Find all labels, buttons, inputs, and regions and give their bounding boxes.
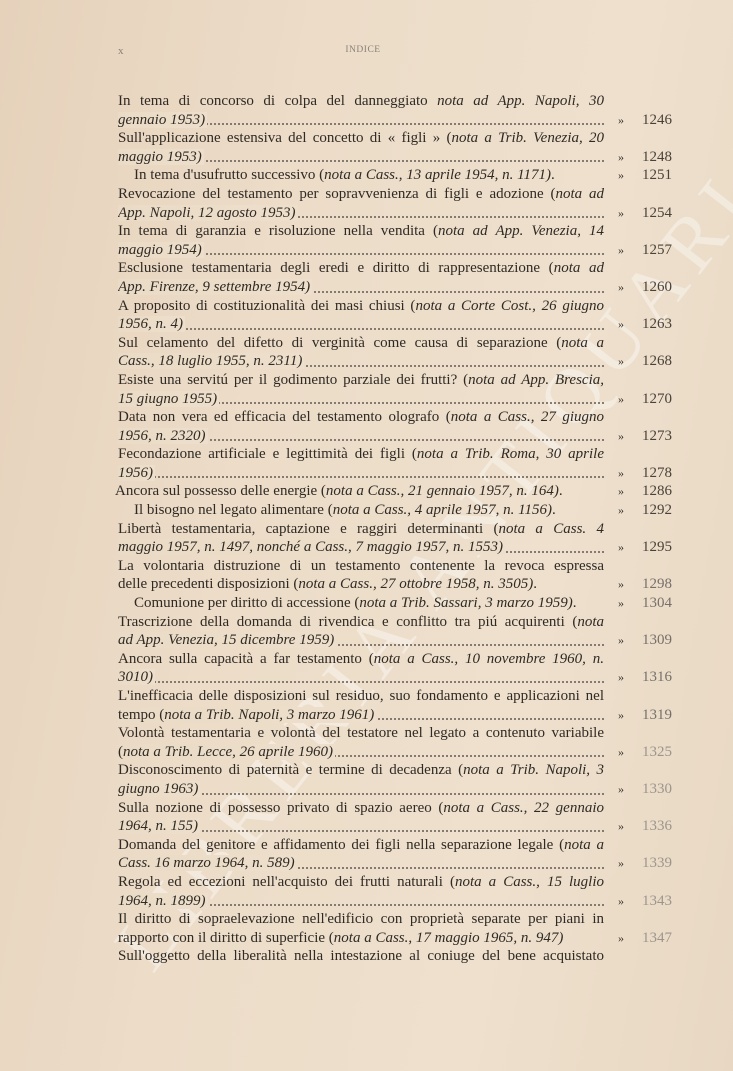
page-reference[interactable]: »1304 [618,594,698,613]
entry-title-line: Data non vera ed efficacia del testament… [118,408,604,427]
entry-title-text: Sull'oggetto della liberalità nella inte… [118,948,604,964]
page-reference[interactable]: »1343 [618,892,698,911]
guillemet: » [618,854,642,873]
page-number-ref: 1292 [642,502,672,518]
entry-leader-line: 1964, n. 155) [118,817,604,836]
guillemet: » [618,631,642,650]
entry-citation: nota a Cass., 27 ottobre 1958, n. 3505) [298,576,533,592]
entry-leader-line: 1956, n. 2320) [118,427,604,446]
entry-citation: nota a Trib. Napoli, 3 marzo 1961) [164,707,374,723]
running-title: INDICE [345,45,380,55]
page-number-ref: 1343 [642,893,672,909]
toc-entry[interactable]: Esiste una servitú per il godimento parz… [118,371,698,408]
entry-text: gennaio 1953) [118,112,207,128]
entry-citation: Cass. 16 marzo 1964, n. 589) [118,855,295,871]
page-number-ref: 1325 [642,744,672,760]
entry-citation: nota a Cass., 10 novembre 1960, n. [374,651,604,667]
entry-title-text: In tema di concorso di colpa del dannegg… [118,93,437,109]
toc-entry[interactable]: Il bisogno nel legato alimentare (nota a… [118,501,698,520]
entry-title-text: . [533,576,537,592]
guillemet: » [618,278,642,297]
page-number-ref: 1278 [642,465,672,481]
entry-text: 1956, n. 2320) [118,428,208,444]
entry-title-text: . [559,483,563,499]
entry-text: giugno 1963) [118,781,200,797]
entry-leader-line: tempo (nota a Trib. Napoli, 3 marzo 1961… [118,706,604,725]
toc-entry[interactable]: Ancora sul possesso delle energie (nota … [118,482,698,501]
entry-title-text: Sul celamento del difetto di verginità c… [118,335,561,351]
guillemet: » [618,390,642,409]
entry-leader-line: 15 giugno 1955) [118,390,604,409]
guillemet: » [618,148,642,167]
entry-title-text: Il bisogno nel legato alimentare ( [134,502,333,518]
page-number-ref: 1257 [642,242,672,258]
page-reference[interactable]: »1319 [618,706,698,725]
toc-entry[interactable]: Data non vera ed efficacia del testament… [118,408,698,445]
entry-title-text: In tema d'usufrutto successivo ( [134,167,324,183]
page-number-ref: 1286 [642,483,672,499]
entry-citation: nota ad [554,260,604,276]
page-number-ref: 1248 [642,149,672,165]
entry-title-text: Libertà testamentaria, captazione e ragg… [118,521,498,537]
entry-title-line: Comunione per diritto di accessione (not… [118,594,604,613]
entry-citation: App. Firenze, 9 settembre 1954) [118,279,310,295]
guillemet: » [618,892,642,911]
entry-citation: nota a Cass., 4 aprile 1957, n. 1156) [333,502,552,518]
entry-citation: nota a Cass., 21 gennaio 1957, n. 164) [326,483,559,499]
entry-text: Cass., 18 luglio 1955, n. 2311) [118,353,304,369]
entry-citation: 15 giugno 1955) [118,391,217,407]
guillemet: » [618,594,642,613]
entry-citation: nota ad App. Napoli, 30 [437,93,604,109]
toc-entry[interactable]: Disconoscimento di paternità e termine d… [118,761,698,798]
entry-title-line: Volontà testamentaria e volontà del test… [118,724,604,743]
page-number-ref: 1260 [642,279,672,295]
entry-title-line: Esiste una servitú per il godimento parz… [118,371,604,390]
entry-leader-line: Cass., 18 luglio 1955, n. 2311) [118,352,604,371]
entry-citation: nota a Cass. 4 [498,521,604,537]
page-reference[interactable]: »1270 [618,390,698,409]
entry-citation: nota a Trib. Napoli, 3 [463,762,604,778]
entry-title-text: Esclusione testamentaria degli eredi e d… [118,260,554,276]
entry-citation: nota a Cass., 17 maggio 1965, n. 947) [334,930,564,946]
entry-text: tempo (nota a Trib. Napoli, 3 marzo 1961… [118,707,376,723]
entry-leader-line: 1956) [118,464,604,483]
entry-title-line: Ancora sulla capacità a far testamento (… [118,650,604,669]
page-number-ref: 1330 [642,781,672,797]
entry-text: 1956, n. 4) [118,316,185,332]
entry-citation: App. Napoli, 12 agosto 1953) [118,205,296,221]
table-of-contents: In tema di concorso di colpa del dannegg… [118,92,698,966]
page-number-ref: 1347 [642,930,672,946]
toc-entry[interactable]: La volontaria distruzione di un testamen… [118,557,698,594]
page-reference[interactable]: »1298 [618,575,698,594]
entry-text: App. Napoli, 12 agosto 1953) [118,205,298,221]
guillemet: » [618,204,642,223]
entry-citation: nota ad App. Brescia, [468,372,604,388]
entry-title-line: Sull'applicazione estensiva del concetto… [118,129,604,148]
page-reference[interactable]: »1257 [618,241,698,260]
page-reference[interactable]: »1268 [618,352,698,371]
entry-title-text: Sull'applicazione estensiva del concetto… [118,130,451,146]
entry-title-text: Volontà testamentaria e volontà del test… [118,725,604,741]
entry-title-line: In tema di concorso di colpa del dannegg… [118,92,604,111]
toc-entry[interactable]: Trascrizione della domanda di rivendica … [118,613,698,650]
guillemet: » [618,538,642,557]
entry-title-line: Trascrizione della domanda di rivendica … [118,613,604,632]
page-number-ref: 1268 [642,353,672,369]
page-number-ref: 1246 [642,112,672,128]
page-number-ref: 1295 [642,539,672,555]
entry-title-line: L'inefficacia delle disposizioni sul res… [118,687,604,706]
entry-leader-line: 1964, n. 1899) [118,892,604,911]
page-reference[interactable]: »1295 [618,538,698,557]
entry-title-line: Regola ed eccezioni nell'acquisto dei fr… [118,873,604,892]
entry-text: 3010) [118,669,155,685]
page-reference[interactable]: »1278 [618,464,698,483]
guillemet: » [618,817,642,836]
entry-citation: nota ad App. Venezia, 14 [438,223,604,239]
toc-entry[interactable]: A proposito di costituzionalità dei masi… [118,297,698,334]
toc-entry[interactable]: Esclusione testamentaria degli eredi e d… [118,259,698,296]
page-reference[interactable]: »1292 [618,501,698,520]
entry-leader-line: Cass. 16 marzo 1964, n. 589) [118,854,604,873]
entry-title-line: La volontaria distruzione di un testamen… [118,557,604,576]
page-number-ref: 1270 [642,391,672,407]
entry-leader-line: (nota a Trib. Lecce, 26 aprile 1960) [118,743,604,762]
toc-entry[interactable]: Sull'oggetto della liberalità nella inte… [118,947,698,966]
entry-text: Cass. 16 marzo 1964, n. 589) [118,855,297,871]
page-reference[interactable]: »1260 [618,278,698,297]
entry-citation: maggio 1957, n. 1497, nonché a Cass., 7 … [118,539,503,555]
entry-title-text: . [552,502,556,518]
page-number: x [118,45,125,57]
entry-text: 1964, n. 1899) [118,893,208,909]
entry-leader-line: 3010) [118,668,604,687]
guillemet: » [618,111,642,130]
entry-title-line: Il diritto di sopraelevazione nell'edifi… [118,910,604,929]
entry-citation: 1956, n. 2320) [118,428,206,444]
entry-citation: nota a Corte Cost., 26 giugno [415,298,604,314]
entry-leader-line: App. Firenze, 9 settembre 1954) [118,278,604,297]
entry-citation: nota a Cass., 13 aprile 1954, n. 1171) [324,167,551,183]
guillemet: » [618,482,642,501]
entry-title-line: Fecondazione artificiale e legittimità d… [118,445,604,464]
page-number-ref: 1316 [642,669,672,685]
page-number-ref: 1304 [642,595,672,611]
toc-entry[interactable]: Sulla nozione di possesso privato di spa… [118,799,698,836]
guillemet: » [618,427,642,446]
entry-citation: nota a Trib. Lecce, 26 aprile 1960) [123,744,333,760]
entry-text: App. Firenze, 9 settembre 1954) [118,279,312,295]
entry-title-text: Esiste una servitú per il godimento parz… [118,372,468,388]
toc-entry[interactable]: Domanda del genitore e affidamento dei f… [118,836,698,873]
entry-title-text: L'inefficacia delle disposizioni sul res… [118,688,604,704]
entry-text: ad App. Venezia, 15 dicembre 1959) [118,632,336,648]
entry-leader-line: ad App. Venezia, 15 dicembre 1959) [118,631,604,650]
entry-citation: nota a Trib. Venezia, 20 [451,130,604,146]
entry-citation: 1956, n. 4) [118,316,183,332]
page-reference[interactable]: »1347 [618,929,698,948]
entry-citation: giugno 1963) [118,781,198,797]
guillemet: » [618,241,642,260]
entry-citation: nota ad [555,186,604,202]
page-reference[interactable]: »1339 [618,854,698,873]
entry-citation: nota a Trib. Roma, 30 aprile [417,446,604,462]
entry-title-text: Ancora sul possesso delle energie ( [115,483,326,499]
entry-title-line: rapporto con il diritto di superficie (n… [118,929,604,948]
guillemet: » [618,315,642,334]
entry-text: 1964, n. 155) [118,818,200,834]
entry-text: maggio 1957, n. 1497, nonché a Cass., 7 … [118,539,505,555]
entry-title-text: Fecondazione artificiale e legittimità d… [118,446,417,462]
guillemet: » [618,464,642,483]
guillemet: » [618,668,642,687]
entry-text: 15 giugno 1955) [118,391,219,407]
entry-leader-line: giugno 1963) [118,780,604,799]
page-reference[interactable]: »1309 [618,631,698,650]
entry-title-text: Revocazione del testamento per sopravven… [118,186,555,202]
guillemet: » [618,352,642,371]
page-reference[interactable]: »1273 [618,427,698,446]
entry-citation: nota a Cass., 22 gennaio [443,800,604,816]
entry-citation: maggio 1953) [118,149,202,165]
toc-entry[interactable]: Comunione per diritto di accessione (not… [118,594,698,613]
guillemet: » [618,743,642,762]
entry-citation: ad App. Venezia, 15 dicembre 1959) [118,632,334,648]
page-number-ref: 1339 [642,855,672,871]
page-number-ref: 1298 [642,576,672,592]
entry-leader-line: maggio 1953) [118,148,604,167]
entry-title-line: Sulla nozione di possesso privato di spa… [118,799,604,818]
toc-entry[interactable]: In tema di concorso di colpa del dannegg… [118,92,698,129]
entry-leader-line: 1956, n. 4) [118,315,604,334]
entry-citation: nota a [561,335,604,351]
page-number-ref: 1254 [642,205,672,221]
running-header: x INDICE [118,45,608,59]
page-number-ref: 1309 [642,632,672,648]
entry-text: 1956) [118,465,155,481]
entry-title-line: Esclusione testamentaria degli eredi e d… [118,259,604,278]
entry-title-line: delle precedenti disposizioni (nota a Ca… [118,575,604,594]
entry-citation: 3010) [118,669,153,685]
toc-entry[interactable]: Ancora sulla capacità a far testamento (… [118,650,698,687]
guillemet: » [618,166,642,185]
toc-entry[interactable]: In tema d'usufrutto successivo (nota a C… [118,166,698,185]
page-number-ref: 1336 [642,818,672,834]
entry-citation: 1964, n. 155) [118,818,198,834]
page-reference[interactable]: »1251 [618,166,698,185]
toc-entry[interactable]: Sul celamento del difetto di verginità c… [118,334,698,371]
entry-text: (nota a Trib. Lecce, 26 aprile 1960) [118,744,335,760]
entry-leader-line: App. Napoli, 12 agosto 1953) [118,204,604,223]
entry-citation: 1964, n. 1899) [118,893,206,909]
entry-title-line: Disconoscimento di paternità e termine d… [118,761,604,780]
page-reference[interactable]: »1330 [618,780,698,799]
guillemet: » [618,575,642,594]
entry-citation: nota a Trib. Sassari, 3 marzo 1959) [359,595,572,611]
entry-title-text: In tema di garanzia e risoluzione nella … [118,223,438,239]
entry-title-text: . [573,595,577,611]
page-reference[interactable]: »1316 [618,668,698,687]
entry-title-text: La volontaria distruzione di un testamen… [118,558,604,574]
toc-entry[interactable]: Regola ed eccezioni nell'acquisto dei fr… [118,873,698,910]
toc-entry[interactable]: Sull'applicazione estensiva del concetto… [118,129,698,166]
guillemet: » [618,706,642,725]
page-reference[interactable]: »1246 [618,111,698,130]
page-reference[interactable]: »1336 [618,817,698,836]
page-number-ref: 1319 [642,707,672,723]
entry-title-text: Regola ed eccezioni nell'acquisto dei fr… [118,874,455,890]
entry-citation: nota [577,614,604,630]
dot-leader [118,476,604,478]
entry-title-text: Ancora sulla capacità a far testamento ( [118,651,374,667]
entry-title-text: . [551,167,555,183]
entry-title-text: delle precedenti disposizioni ( [118,576,298,592]
entry-title-line: Sul celamento del difetto di verginità c… [118,334,604,353]
toc-entry[interactable]: Il diritto di sopraelevazione nell'edifi… [118,910,698,947]
entry-leader-line: maggio 1954) [118,241,604,260]
entry-title-line: Revocazione del testamento per sopravven… [118,185,604,204]
entry-citation: Cass., 18 luglio 1955, n. 2311) [118,353,302,369]
entry-title-line: Ancora sul possesso delle energie (nota … [115,482,604,501]
page-number-ref: 1251 [642,167,672,183]
entry-title-line: Il bisogno nel legato alimentare (nota a… [118,501,604,520]
entry-citation: nota a Cass., 27 giugno [451,409,604,425]
entry-title-text: Disconoscimento di paternità e termine d… [118,762,463,778]
toc-entry[interactable]: In tema di garanzia e risoluzione nella … [118,222,698,259]
guillemet: » [618,501,642,520]
dot-leader [118,681,604,683]
entry-leader-line: gennaio 1953) [118,111,604,130]
entry-title-text: tempo ( [118,707,164,723]
entry-title-line: A proposito di costituzionalità dei masi… [118,297,604,316]
toc-entry[interactable]: L'inefficacia delle disposizioni sul res… [118,687,698,724]
entry-title-text: A proposito di costituzionalità dei masi… [118,298,415,314]
entry-citation: gennaio 1953) [118,112,205,128]
entry-title-text: rapporto con il diritto di superficie ( [118,930,334,946]
entry-text: maggio 1954) [118,242,204,258]
entry-title-text: Il diritto di sopraelevazione nell'edifi… [118,911,604,927]
entry-citation: nota a Cass., 15 luglio [455,874,604,890]
entry-leader-line: maggio 1957, n. 1497, nonché a Cass., 7 … [118,538,604,557]
page-reference[interactable]: »1286 [618,482,698,501]
page-reference[interactable]: »1325 [618,743,698,762]
entry-title-line: In tema di garanzia e risoluzione nella … [118,222,604,241]
entry-title-text: Trascrizione della domanda di rivendica … [118,614,577,630]
entry-text: maggio 1953) [118,149,204,165]
entry-citation: 1956) [118,465,153,481]
entry-citation: nota a [564,837,604,853]
entry-title-line: Domanda del genitore e affidamento dei f… [118,836,604,855]
entry-title-text: Data non vera ed efficacia del testament… [118,409,451,425]
dot-leader [118,328,604,330]
entry-title-line: Sull'oggetto della liberalità nella inte… [118,947,604,966]
toc-entry[interactable]: Libertà testamentaria, captazione e ragg… [118,520,698,557]
entry-title-line: In tema d'usufrutto successivo (nota a C… [118,166,604,185]
toc-entry[interactable]: Fecondazione artificiale e legittimità d… [118,445,698,482]
page-reference[interactable]: »1248 [618,148,698,167]
entry-citation: maggio 1954) [118,242,202,258]
guillemet: » [618,929,642,948]
toc-entry[interactable]: Revocazione del testamento per sopravven… [118,185,698,222]
page-reference[interactable]: »1254 [618,204,698,223]
page-number-ref: 1263 [642,316,672,332]
page-number-ref: 1273 [642,428,672,444]
entry-title-text: Sulla nozione di possesso privato di spa… [118,800,443,816]
toc-entry[interactable]: Volontà testamentaria e volontà del test… [118,724,698,761]
page-reference[interactable]: »1263 [618,315,698,334]
entry-title-text: Domanda del genitore e affidamento dei f… [118,837,564,853]
entry-title-line: Libertà testamentaria, captazione e ragg… [118,520,604,539]
guillemet: » [618,780,642,799]
entry-title-text: Comunione per diritto di accessione ( [134,595,359,611]
